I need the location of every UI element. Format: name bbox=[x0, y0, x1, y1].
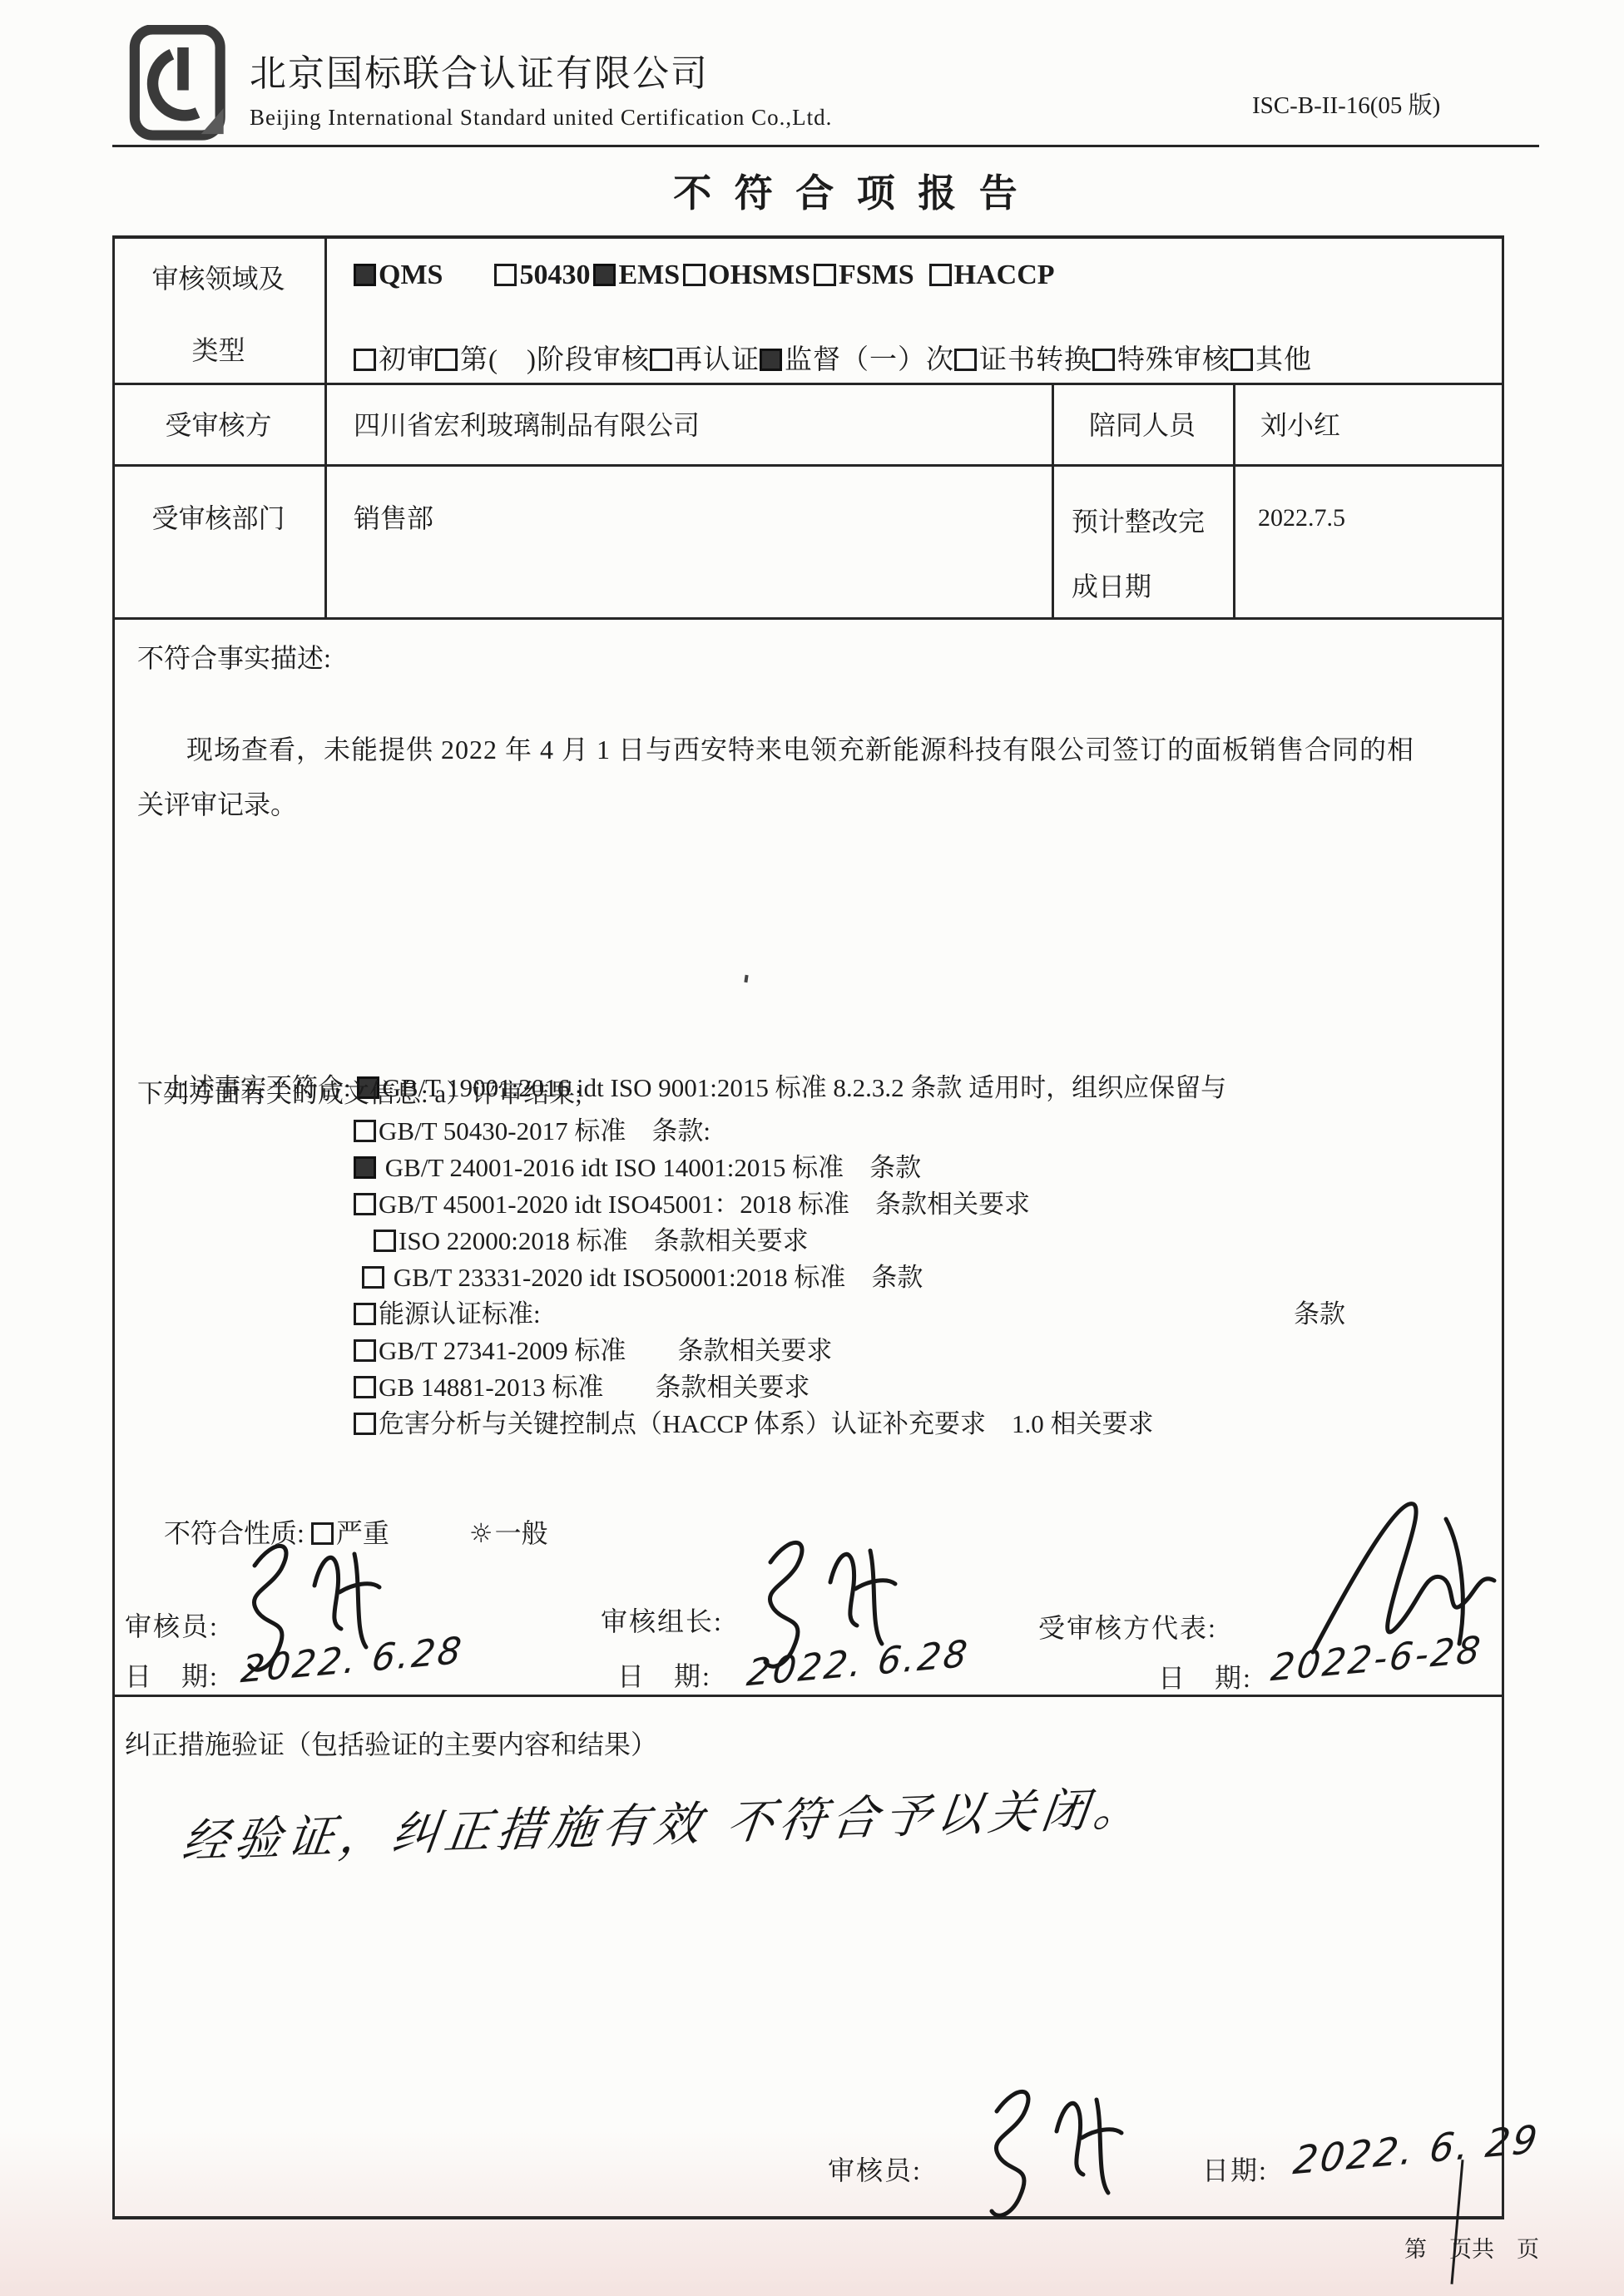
corrective-auditor-label: 审核员: bbox=[828, 2150, 922, 2188]
option-label: QMS bbox=[379, 260, 443, 290]
table-line-h2 bbox=[112, 464, 1504, 467]
standard-option: 能源认证标准:条款 bbox=[354, 1296, 1468, 1333]
system-option: OHSMS bbox=[683, 260, 810, 290]
standards-checklist: GB/T 50430-2017 标准 条款: GB/T 24001-2016 i… bbox=[354, 1113, 1468, 1442]
audit-type-option: 其他 bbox=[1230, 345, 1312, 375]
option-label: GB/T 50430-2017 标准 条款: bbox=[379, 1116, 710, 1146]
option-label: 危害分析与关键控制点（HACCP 体系）认证补充要求 1.0 相关要求 bbox=[379, 1409, 1153, 1438]
audit-scope-label-line1: 审核领域及 bbox=[112, 263, 324, 294]
checkbox-checked[interactable] bbox=[354, 1156, 376, 1179]
checkbox-unchecked[interactable] bbox=[435, 349, 458, 371]
option-label: 监督（一）次 bbox=[785, 345, 954, 375]
deadline-label-line2: 成日期 bbox=[1072, 571, 1151, 602]
footer-page-label: 第 页共 页 bbox=[1404, 2231, 1539, 2264]
corrective-date-label: 日期: bbox=[1202, 2150, 1268, 2188]
checkbox-unchecked[interactable] bbox=[374, 1230, 396, 1252]
table-line-h1 bbox=[112, 383, 1504, 385]
standard-option: GB/T 23331-2020 idt ISO50001:2018 标准 条款 bbox=[362, 1259, 1468, 1296]
team-leader-date-label: 日 期: bbox=[617, 1655, 711, 1694]
checkbox-unchecked[interactable] bbox=[354, 1120, 376, 1142]
checkbox-unchecked[interactable] bbox=[954, 349, 977, 371]
header-rule bbox=[112, 145, 1539, 147]
option-label: GB 14881-2013 标准 条款相关要求 bbox=[379, 1373, 810, 1402]
option-label: 第( )阶段审核 bbox=[460, 345, 650, 375]
page-title: 不 符 合 项 报 告 bbox=[632, 163, 1065, 218]
option-label: EMS bbox=[618, 260, 680, 290]
checkbox-unchecked[interactable] bbox=[929, 264, 952, 286]
table-line-right bbox=[1502, 235, 1504, 2219]
table-line-top bbox=[112, 235, 1504, 239]
scanned-nonconformity-report: 北京国标联合认证有限公司 Beijing International Stand… bbox=[0, 0, 1624, 2296]
corrective-date-value: 2022. 6. 29 bbox=[1291, 2116, 1542, 2184]
auditee-label: 受审核方 bbox=[112, 409, 324, 441]
option-label: GB/T 45001-2020 idt ISO45001：2018 标准 条款相… bbox=[379, 1190, 1030, 1219]
option-label: ISO 22000:2018 标准 条款相关要求 bbox=[399, 1226, 809, 1255]
general-label: 一般 bbox=[495, 1518, 548, 1548]
checkbox-unchecked[interactable] bbox=[354, 1339, 376, 1362]
option-label: FSMS bbox=[839, 260, 914, 290]
option-label: 能源认证标准: bbox=[379, 1299, 541, 1329]
checkbox-unchecked[interactable] bbox=[1230, 349, 1253, 371]
escort-value: 刘小红 bbox=[1260, 409, 1340, 441]
checkbox-unchecked[interactable] bbox=[683, 264, 706, 286]
audit-scope-label-line2: 类型 bbox=[112, 334, 324, 366]
doc-code: ISC-B-II-16(05 版) bbox=[1252, 87, 1440, 121]
option-label: 证书转换 bbox=[979, 345, 1092, 375]
audit-type-option: 特殊审核 bbox=[1092, 345, 1230, 375]
company-name-en: Beijing International Standard united Ce… bbox=[250, 105, 832, 131]
auditee-rep-date-label: 日 期: bbox=[1158, 1657, 1252, 1695]
option-label: GB/T 23331-2020 idt ISO50001:2018 标准 条款 bbox=[387, 1263, 923, 1292]
checkbox-unchecked[interactable] bbox=[362, 1266, 384, 1289]
scan-dot-artifact bbox=[744, 975, 748, 982]
checkbox-unchecked[interactable] bbox=[814, 264, 836, 286]
general-marker-icon: ☼ bbox=[469, 1517, 493, 1549]
auditor-date-label: 日 期: bbox=[125, 1655, 219, 1694]
company-logo bbox=[126, 25, 240, 143]
audit-type-option: 第( )阶段审核 bbox=[435, 345, 650, 375]
audit-type-option: 初审 bbox=[354, 345, 435, 375]
option-label: 其他 bbox=[1255, 345, 1312, 375]
system-option: HACCP bbox=[929, 260, 1055, 290]
department-label: 受审核部门 bbox=[112, 502, 324, 534]
checkbox-unchecked[interactable] bbox=[650, 349, 672, 371]
clause-tail-label: 条款 bbox=[1294, 1296, 1345, 1333]
facts-text-line1: 现场查看，未能提供 2022 年 4 月 1 日与西安特来电领充新能源科技有限公… bbox=[186, 734, 1414, 765]
option-label: OHSMS bbox=[708, 260, 810, 290]
checkbox-unchecked[interactable] bbox=[354, 349, 376, 371]
nonconformity-intro-wrap: 下列方面有关的成文信息: a）评审结果; bbox=[137, 1078, 582, 1109]
corrective-heading: 纠正措施验证（包括验证的主要内容和结果） bbox=[125, 1729, 657, 1760]
standard-option: GB 14881-2013 标准 条款相关要求 bbox=[354, 1369, 1468, 1406]
department-value: 销售部 bbox=[354, 502, 433, 534]
auditee-value: 四川省宏利玻璃制品有限公司 bbox=[354, 409, 700, 441]
checkbox-unchecked[interactable] bbox=[354, 1376, 376, 1398]
standard-option: GB/T 24001-2016 idt ISO 14001:2015 标准 条款 bbox=[354, 1150, 1468, 1186]
table-line-h3 bbox=[112, 617, 1504, 620]
checkbox-unchecked[interactable] bbox=[1092, 349, 1115, 371]
audit-type-option: 证书转换 bbox=[954, 345, 1092, 375]
table-line-v3 bbox=[1233, 383, 1235, 620]
option-label: 50430 bbox=[519, 260, 590, 290]
table-line-v1 bbox=[324, 235, 327, 620]
option-label: 再认证 bbox=[675, 345, 760, 375]
checkbox-checked[interactable] bbox=[354, 264, 376, 286]
standard-option: GB/T 50430-2017 标准 条款: bbox=[354, 1113, 1468, 1150]
audit-type-option: 监督（一）次 bbox=[760, 345, 954, 375]
corrective-auditor-signature bbox=[957, 2078, 1131, 2232]
pen-stroke-descender bbox=[1450, 2160, 1463, 2284]
option-label: GB/T 27341-2009 标准 条款相关要求 bbox=[379, 1336, 832, 1365]
checkbox-unchecked[interactable] bbox=[354, 1303, 376, 1325]
checkbox-checked[interactable] bbox=[760, 349, 782, 371]
standard-option: ISO 22000:2018 标准 条款相关要求 bbox=[374, 1223, 1468, 1259]
option-label: 特殊审核 bbox=[1117, 345, 1230, 375]
team-leader-label: 审核组长: bbox=[601, 1601, 723, 1639]
audit-type-checkbox-group: 初审第( )阶段审核再认证监督（一）次证书转换特殊审核其他 bbox=[354, 338, 1312, 377]
option-label: GB/T 24001-2016 idt ISO 14001:2015 标准 条款 bbox=[379, 1153, 921, 1182]
handwritten-verification-note: 经验证，纠正措施有效 不符合予以关闭。 bbox=[179, 1771, 1151, 1872]
facts-heading: 不符合事实描述: bbox=[137, 642, 331, 674]
checkbox-unchecked[interactable] bbox=[354, 1413, 376, 1435]
escort-label: 陪同人员 bbox=[1052, 409, 1233, 441]
system-option: FSMS bbox=[814, 260, 914, 290]
standard-option: 危害分析与关键控制点（HACCP 体系）认证补充要求 1.0 相关要求 bbox=[354, 1406, 1468, 1442]
audit-type-option: 再认证 bbox=[650, 345, 760, 375]
deadline-value: 2022.7.5 bbox=[1258, 504, 1345, 532]
table-line-h4 bbox=[112, 1695, 1504, 1697]
option-label: HACCP bbox=[954, 260, 1055, 290]
system-option: EMS bbox=[593, 260, 680, 290]
auditee-rep-label: 受审核方代表: bbox=[1038, 1607, 1217, 1645]
system-option: 50430 bbox=[494, 260, 590, 290]
table-line-bottom bbox=[112, 2216, 1504, 2219]
auditor-label: 审核员: bbox=[125, 1606, 219, 1644]
standard-option: GB/T 27341-2009 标准 条款相关要求 bbox=[354, 1333, 1468, 1369]
standard-option: GB/T 45001-2020 idt ISO45001：2018 标准 条款相… bbox=[354, 1186, 1468, 1223]
option-label: 初审 bbox=[379, 345, 435, 375]
systems-checkbox-group: QMS50430EMSOHSMSFSMSHACCP bbox=[354, 260, 1058, 291]
deadline-label-line1: 预计整改完 bbox=[1072, 506, 1205, 537]
checkbox-checked[interactable] bbox=[593, 264, 616, 286]
company-name-cn: 北京国标联合认证有限公司 bbox=[250, 43, 709, 96]
checkbox-unchecked[interactable] bbox=[354, 1193, 376, 1215]
facts-text-line2: 关评审记录。 bbox=[137, 789, 297, 820]
checkbox-unchecked[interactable] bbox=[494, 264, 517, 286]
system-option: QMS bbox=[354, 260, 443, 290]
